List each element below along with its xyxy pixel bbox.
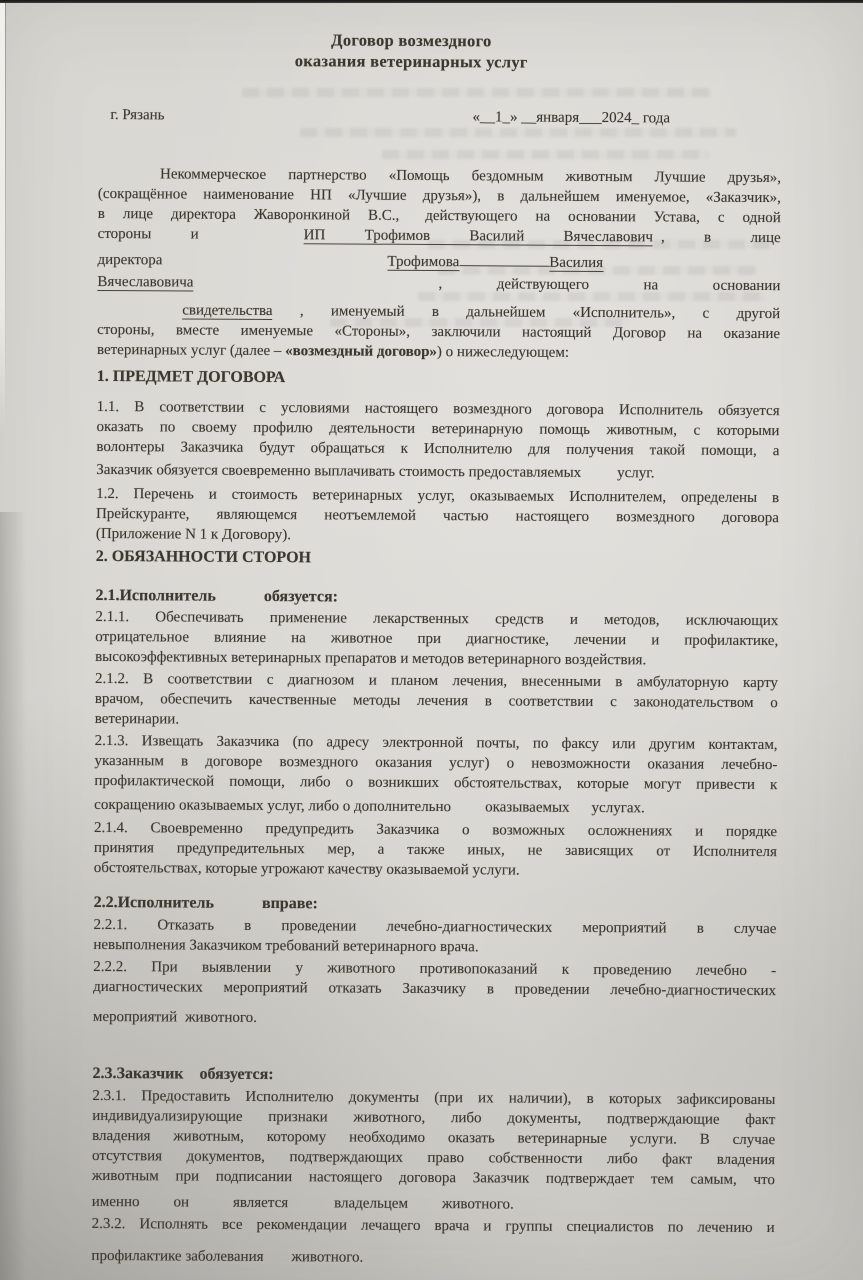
clause-1-2: 1.2. Перечень и стоимость ветеринарных у… bbox=[96, 484, 779, 548]
clause-1-1: 1.1. В соответствии с условиями настояще… bbox=[96, 397, 779, 484]
text-segment: владения животным, которому необходимо о… bbox=[92, 1128, 775, 1148]
clause-2-3-1-line: именноонявляетсявладельцемживотного. bbox=[92, 1192, 775, 1216]
blank-underline bbox=[459, 264, 549, 267]
place-date-row: г. Рязань«__1_» __января___2024_ года bbox=[98, 105, 781, 129]
text-segment: Вячеславовича bbox=[97, 274, 193, 292]
text-segment: животного. bbox=[185, 1010, 257, 1026]
text-segment: 2.1.Исполнитель bbox=[95, 587, 215, 605]
text-segment: сокращению оказываемых услуг, либо о доп… bbox=[94, 797, 451, 815]
intro-paragraph-line: стороны иИП Трофимов Василий Вячеславови… bbox=[98, 224, 781, 248]
place-date-row-line: г. Рязань«__1_» __января___2024_ года bbox=[98, 105, 781, 129]
blank-space bbox=[214, 907, 262, 908]
blank-space bbox=[288, 1206, 334, 1207]
text-segment: владельцем bbox=[334, 1195, 408, 1211]
text-segment: диагностических мероприятий отказать Зак… bbox=[93, 979, 776, 999]
blank-space bbox=[263, 1260, 291, 1261]
clause-2-3-2: 2.3.2. Исполнять все рекомендации лечаще… bbox=[91, 1214, 774, 1270]
text-segment: свидетельства bbox=[182, 302, 272, 320]
text-segment: услугах. bbox=[592, 800, 645, 816]
contract-title-line: оказания ветеринарных услуг bbox=[99, 49, 782, 74]
text-segment: невыполнения Заказчиком требований ветер… bbox=[93, 937, 478, 955]
text-segment: «__1_» __января___2024_ года bbox=[472, 109, 670, 126]
text-segment: «возмездный договор» bbox=[285, 343, 437, 360]
text-segment: волонтеры Заказчика будут обращаться к И… bbox=[96, 439, 779, 459]
text-segment: услуг. bbox=[617, 465, 654, 481]
text-segment: оказания ветеринарных услуг bbox=[295, 51, 528, 71]
blank-space bbox=[216, 600, 264, 601]
text-segment: 1. ПРЕДМЕТ ДОГОВОРА bbox=[97, 368, 286, 386]
text-segment: 2.3.Заказчик bbox=[93, 1065, 184, 1083]
clause-2-1-heading-line: 2.1.Исполнительобязуется: bbox=[95, 585, 778, 610]
text-segment: 2.1.1. Обеспечивать применение лекарстве… bbox=[95, 609, 778, 629]
clause-2-2-1: 2.2.1. Отказать в проведении лечебно-диа… bbox=[93, 915, 776, 959]
intro-paragraph-line: Вячеславовича, действующего на основании bbox=[97, 272, 780, 296]
text-segment: животного. bbox=[442, 1196, 514, 1212]
text-segment: (сокращённое наименование НП «Лучшие дру… bbox=[98, 186, 781, 206]
text-segment: вправе: bbox=[262, 895, 318, 912]
blank-space bbox=[581, 476, 617, 477]
blank-space bbox=[408, 1207, 442, 1208]
text-segment: Василия bbox=[549, 255, 603, 272]
text-segment: 2. ОБЯЗАННОСТИ СТОРОН bbox=[96, 548, 311, 566]
text-segment: он bbox=[173, 1194, 189, 1210]
blank-space bbox=[164, 118, 472, 121]
section-1-heading-line: 1. ПРЕДМЕТ ДОГОВОРА bbox=[97, 366, 780, 391]
section-1-heading: 1. ПРЕДМЕТ ДОГОВОРА bbox=[97, 366, 780, 391]
section-2-heading-line: 2. ОБЯЗАННОСТИ СТОРОН bbox=[96, 546, 779, 571]
text-segment: 2.2.1. Отказать в проведении лечебно-диа… bbox=[93, 917, 776, 937]
contract-title: Договор возмездногооказания ветеринарных… bbox=[99, 28, 782, 74]
document-content: Договор возмездногооказания ветеринарных… bbox=[0, 0, 863, 1280]
clause-2-1-3: 2.1.3. Извещать Заказчика (по адресу эле… bbox=[94, 731, 778, 819]
clause-2-1-2-line: врачом, обеспечить качественные методы л… bbox=[95, 689, 778, 713]
text-segment: , именуемый в дальнейшем «Исполнитель», … bbox=[273, 303, 781, 322]
intro-paragraph-line: директораТрофимоваВасилия bbox=[97, 250, 780, 274]
clause-2-3-heading-line: 2.3.Заказчикобязуется: bbox=[92, 1063, 775, 1088]
text-segment: обязуется: bbox=[200, 1066, 274, 1083]
clause-1-1-line: волонтеры Заказчика будут обращаться к И… bbox=[96, 437, 779, 461]
clause-2-2-2-line: мероприятийживотного. bbox=[93, 1007, 776, 1031]
text-segment: принятия предупредительных мер, а также … bbox=[94, 840, 777, 860]
blank-space bbox=[399, 219, 425, 220]
text-segment: ИП Трофимов Василий Вячеславович bbox=[304, 227, 653, 246]
text-segment: в лице директора Жаворонкиной В.С., bbox=[98, 206, 400, 224]
clause-2-3-2-line: 2.3.2. Исполнять все рекомендации лечаще… bbox=[92, 1214, 775, 1238]
text-segment: Трофимова bbox=[387, 254, 459, 271]
clause-2-1-1: 2.1.1. Обеспечивать применение лекарстве… bbox=[95, 607, 778, 671]
clause-2-2-2: 2.2.2. При выявлении у животного противо… bbox=[93, 957, 776, 1031]
text-segment: обстоятельствах, которые угрожают качест… bbox=[94, 860, 520, 879]
text-segment: 2.1.3. Извещать Заказчика (по адресу эле… bbox=[95, 733, 778, 753]
blank-space bbox=[98, 118, 110, 119]
text-segment: оказать по своему профилю деятельности в… bbox=[96, 419, 779, 439]
text-segment: 2.3.2. Исполнять все рекомендации лечаще… bbox=[92, 1216, 775, 1236]
text-segment: г. Рязань bbox=[110, 107, 164, 123]
text-segment: ) о нижеследующем: bbox=[437, 344, 569, 361]
photographed-contract-page: Договор возмездногооказания ветеринарных… bbox=[0, 0, 863, 1280]
text-segment: индивидуализирующие признаки животного, … bbox=[92, 1108, 775, 1128]
blank-space bbox=[162, 263, 387, 265]
text-segment: профилактической помощи, либо о возникши… bbox=[94, 773, 777, 793]
clause-2-1-1-line: высокоэффективных ветеринарных препарато… bbox=[95, 647, 778, 671]
blank-space bbox=[98, 177, 160, 178]
blank-space bbox=[139, 1205, 173, 1206]
text-segment: именно bbox=[92, 1194, 140, 1210]
clause-2-3-2-line: профилактике заболеванияживотного. bbox=[91, 1246, 774, 1270]
text-segment: директора bbox=[97, 252, 162, 268]
text-segment: является bbox=[233, 1195, 288, 1211]
text-segment: животного. bbox=[291, 1249, 363, 1265]
text-segment: стороны, вместе именуемые «Стороны», зак… bbox=[97, 322, 780, 342]
text-segment: мероприятий bbox=[93, 1009, 177, 1026]
text-segment: высокоэффективных ветеринарных препарато… bbox=[95, 649, 646, 668]
text-segment: , действующего на основании bbox=[438, 276, 780, 294]
text-segment: (Приложение N 1 к Договору). bbox=[96, 526, 291, 543]
section-2-heading: 2. ОБЯЗАННОСТИ СТОРОН bbox=[96, 546, 779, 571]
clause-1-1-line: Заказчик обязуется своевременно выплачив… bbox=[96, 460, 779, 484]
clause-2-1-4: 2.1.4. Своевременно предупредить Заказчи… bbox=[94, 818, 777, 882]
clause-2-3-heading: 2.3.Заказчикобязуется: bbox=[92, 1063, 775, 1088]
blank-space bbox=[184, 1077, 200, 1078]
clause-2-2-heading: 2.2.Исполнительвправе: bbox=[94, 892, 777, 917]
blank-space bbox=[97, 313, 182, 315]
text-segment: 1.2. Перечень и стоимость ветеринарных у… bbox=[96, 486, 779, 506]
blank-space bbox=[199, 238, 304, 240]
clause-2-2-1-line: невыполнения Заказчиком требований ветер… bbox=[93, 935, 776, 959]
clause-2-1-heading: 2.1.Исполнительобязуется: bbox=[95, 585, 778, 610]
text-segment: ветеринарии. bbox=[95, 711, 179, 728]
text-segment: Прейскуранте, являющемся неотъемлемой ча… bbox=[96, 506, 779, 526]
text-segment: стороны и bbox=[98, 226, 199, 243]
text-segment: , в лице bbox=[661, 229, 781, 246]
text-segment: Некоммерческое партнерство «Помощь бездо… bbox=[160, 166, 781, 186]
blank-space bbox=[451, 810, 485, 811]
text-segment: Договор возмездного bbox=[331, 30, 491, 50]
clause-2-1-2: 2.1.2. В соответствии с диагнозом и план… bbox=[95, 669, 778, 733]
text-segment: Заказчик обязуется своевременно выплачив… bbox=[96, 462, 581, 481]
clause-2-3-1: 2.3.1. Предоставить Исполнителю документ… bbox=[92, 1086, 776, 1216]
clause-2-1-2-line: ветеринарии. bbox=[95, 709, 778, 733]
text-segment: профилактике заболевания bbox=[91, 1248, 263, 1265]
clause-2-2-heading-line: 2.2.Исполнительвправе: bbox=[94, 892, 777, 917]
text-segment: отрицательное влияние на животное при ди… bbox=[95, 629, 778, 649]
text-segment: 2.1.4. Своевременно предупредить Заказчи… bbox=[94, 820, 777, 840]
intro-paragraph-line: ветеринарных услуг (далее – «возмездный … bbox=[97, 340, 780, 364]
text-segment: действующего на основании Устава, с одно… bbox=[425, 208, 781, 226]
clause-2-2-2-line: диагностических мероприятий отказать Зак… bbox=[93, 977, 776, 1001]
text-segment: ветеринарных услуг (далее – bbox=[97, 342, 285, 359]
clause-2-1-3-line: сокращению оказываемых услуг, либо о доп… bbox=[94, 795, 777, 819]
text-segment: 2.1.2. В соответствии с диагнозом и план… bbox=[95, 671, 778, 691]
text-segment: отсутствия документов, подтверждающих пр… bbox=[92, 1148, 775, 1168]
text-segment: 2.3.1. Предоставить Исполнителю документ… bbox=[92, 1088, 775, 1108]
clause-2-1-4-line: обстоятельствах, которые угрожают качест… bbox=[94, 858, 777, 882]
clause-1-2-line: (Приложение N 1 к Договору). bbox=[96, 524, 779, 548]
text-segment: обязуется: bbox=[264, 588, 338, 605]
text-segment: животным при подписании настоящего догов… bbox=[92, 1168, 775, 1188]
text-segment: 1.1. В соответствии с условиями настояще… bbox=[97, 399, 780, 419]
blank-space bbox=[189, 1206, 233, 1207]
text-segment: врачом, обеспечить качественные методы л… bbox=[95, 691, 778, 711]
text-segment: оказываемых bbox=[485, 799, 570, 816]
clause-2-1-3-line: профилактической помощи, либо о возникши… bbox=[94, 771, 777, 795]
blank-space bbox=[570, 811, 592, 812]
clause-2-3-1-line: животным при подписании настоящего догов… bbox=[92, 1166, 775, 1190]
text-segment: 2.2.Исполнитель bbox=[94, 894, 214, 912]
intro-paragraph: Некоммерческое партнерство «Помощь бездо… bbox=[97, 164, 781, 364]
text-segment: 2.2.2. При выявлении у животного противо… bbox=[93, 959, 776, 979]
blank-space bbox=[193, 286, 438, 288]
text-segment: указанным в договоре возмездного оказани… bbox=[94, 753, 777, 773]
